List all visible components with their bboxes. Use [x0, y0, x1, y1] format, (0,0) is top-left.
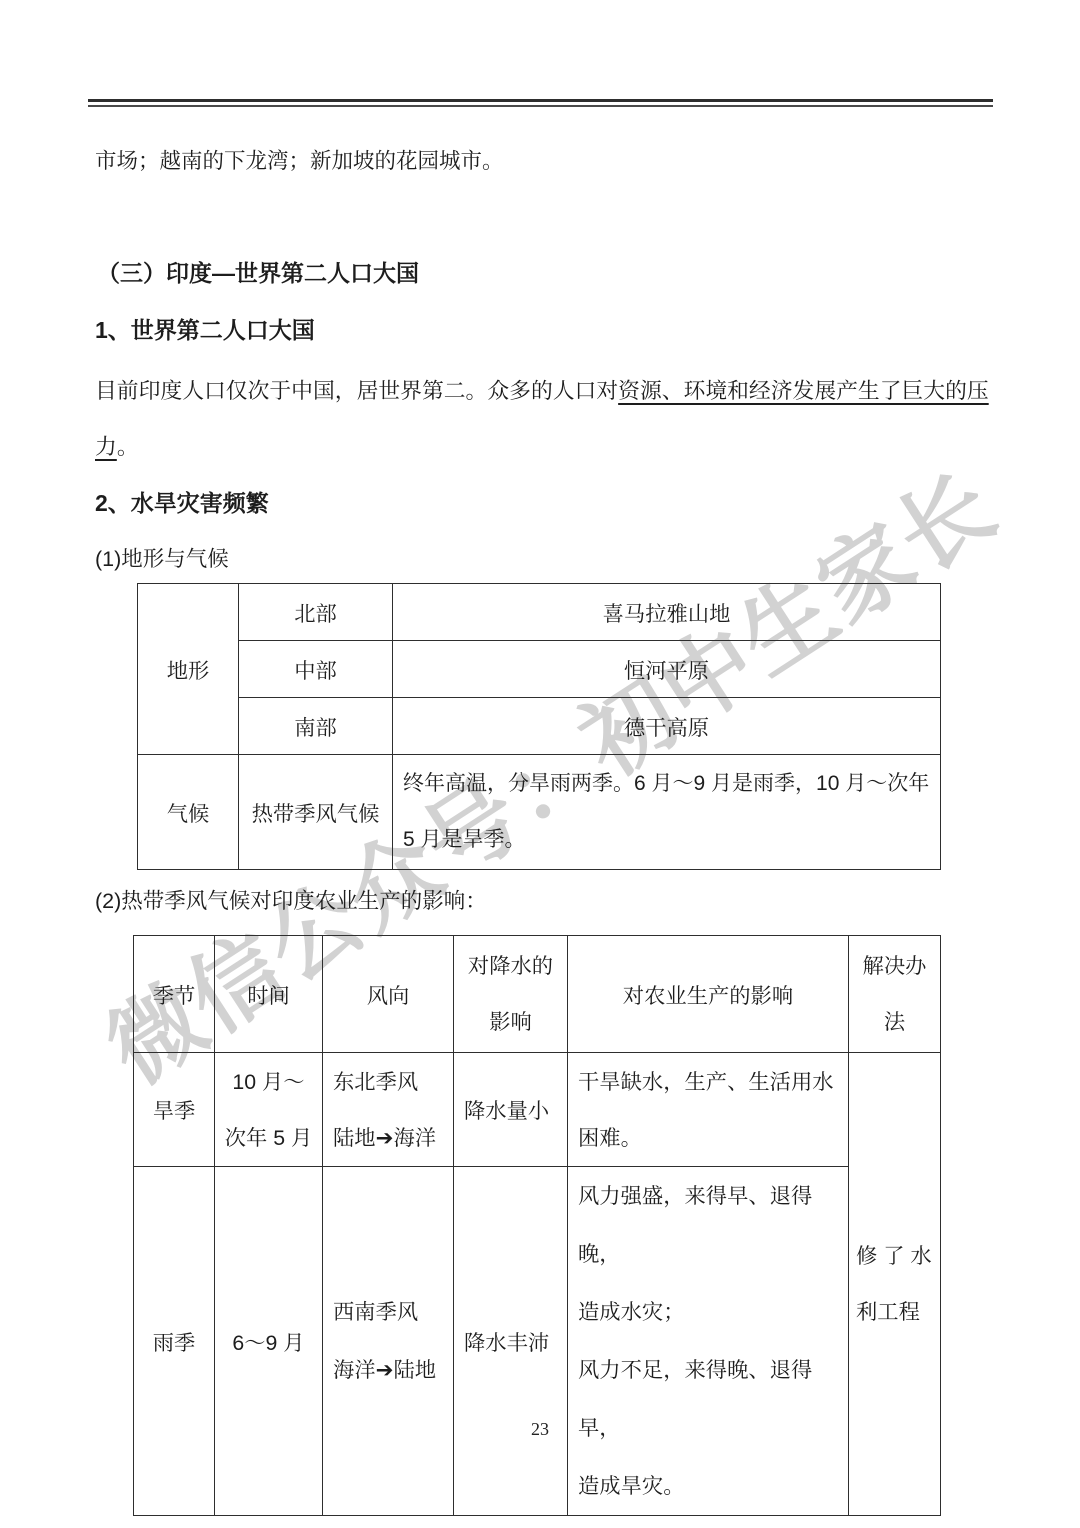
- dry-time-line1: 10 月～: [215, 1054, 322, 1110]
- wet-wind-line1: 西南季风: [333, 1283, 443, 1341]
- terrain-label-cell: 地形: [138, 584, 239, 755]
- header-wind-cell: 风向: [323, 936, 454, 1053]
- solution-cell: 修 了 水 利工程: [849, 1053, 941, 1516]
- landform-central-cell: 恒河平原: [393, 641, 941, 698]
- dry-precip-cell: 降水量小: [454, 1053, 568, 1167]
- dry-wind-line1: 东北季风: [333, 1054, 443, 1110]
- dry-wind-line2: 陆地➔海洋: [333, 1110, 443, 1166]
- wet-precip-cell: 降水丰沛: [454, 1167, 568, 1516]
- terrain-climate-table: 地形 北部 喜马拉雅山地 中部 恒河平原 南部 德干高原 气候 热带季风气候 终…: [137, 583, 941, 870]
- header-precip-line1: 对降水的: [454, 938, 567, 994]
- landform-north-cell: 喜马拉雅山地: [393, 584, 941, 641]
- climate-desc-cell: 终年高温，分旱雨两季。6 月～9 月是雨季，10 月～次年 5 月是旱季。: [393, 755, 941, 870]
- dry-time-line2: 次年 5 月: [215, 1110, 322, 1166]
- paragraph-text-underlined: 资源、环境和经济发展产生了巨大的压: [618, 378, 989, 403]
- dry-season-cell: 旱季: [134, 1053, 215, 1167]
- subheading-population: 1、世界第二人口大国: [95, 316, 315, 345]
- region-north-cell: 北部: [239, 584, 393, 641]
- wet-impact-line4: 造成旱灾。: [578, 1457, 838, 1515]
- region-central-cell: 中部: [239, 641, 393, 698]
- intro-paragraph: 市场；越南的下龙湾；新加坡的花园城市。: [95, 148, 504, 175]
- table-header-row: 季节 时间 风向 对降水的 影响 对农业生产的影响 解决办 法: [134, 936, 941, 1053]
- population-paragraph-line2: 力。: [95, 433, 139, 460]
- dry-impact-line2: 困难。: [578, 1110, 838, 1166]
- header-solution-cell: 解决办 法: [849, 936, 941, 1053]
- header-divider-rule: [88, 99, 993, 107]
- wet-season-row: 雨季 6～9 月 西南季风 海洋➔陆地 降水丰沛 风力强盛，来得早、退得晚， 造…: [134, 1167, 941, 1516]
- page-number: 23: [0, 1419, 1080, 1440]
- dry-impact-cell: 干旱缺水，生产、生活用水 困难。: [568, 1053, 849, 1167]
- dry-season-row: 旱季 10 月～ 次年 5 月 东北季风 陆地➔海洋 降水量小 干旱缺水，生产、…: [134, 1053, 941, 1167]
- landform-south-cell: 德干高原: [393, 698, 941, 755]
- region-south-cell: 南部: [239, 698, 393, 755]
- solution-line1: 修 了 水: [856, 1228, 933, 1284]
- climate-label-cell: 气候: [138, 755, 239, 870]
- subheading-disasters: 2、水旱灾害频繁: [95, 489, 269, 518]
- paragraph-text-normal: 目前印度人口仅次于中国，居世界第二。众多的人口对: [95, 378, 618, 403]
- header-season-cell: 季节: [134, 936, 215, 1053]
- table-row: 地形 北部 喜马拉雅山地: [138, 584, 941, 641]
- solution-line2: 利工程: [856, 1284, 933, 1340]
- table-row: 气候 热带季风气候 终年高温，分旱雨两季。6 月～9 月是雨季，10 月～次年 …: [138, 755, 941, 870]
- wet-season-cell: 雨季: [134, 1167, 215, 1516]
- header-precip-line2: 影响: [454, 994, 567, 1050]
- header-solution-line2: 法: [849, 994, 940, 1050]
- wet-time-cell: 6～9 月: [215, 1167, 323, 1516]
- header-impact-cell: 对农业生产的影响: [568, 936, 849, 1053]
- wet-impact-cell: 风力强盛，来得早、退得晚， 造成水灾； 风力不足，来得晚、退得早， 造成旱灾。: [568, 1167, 849, 1516]
- document-page: 微信公众号：初中生家长 市场；越南的下龙湾；新加坡的花园城市。 （三）印度—世界…: [0, 0, 1080, 1528]
- table1-caption: (1)地形与气候: [95, 546, 229, 573]
- dry-wind-cell: 东北季风 陆地➔海洋: [323, 1053, 454, 1167]
- page-content: 市场；越南的下龙湾；新加坡的花园城市。 （三）印度—世界第二人口大国 1、世界第…: [0, 0, 1080, 1528]
- wet-impact-line1: 风力强盛，来得早、退得晚，: [578, 1167, 838, 1283]
- population-paragraph-line1: 目前印度人口仅次于中国，居世界第二。众多的人口对资源、环境和经济发展产生了巨大的…: [95, 377, 989, 404]
- wet-wind-cell: 西南季风 海洋➔陆地: [323, 1167, 454, 1516]
- dry-impact-line1: 干旱缺水，生产、生活用水: [578, 1054, 838, 1110]
- wet-wind-line2: 海洋➔陆地: [333, 1341, 443, 1399]
- paragraph-period: 。: [117, 434, 139, 459]
- wet-impact-line2: 造成水灾；: [578, 1283, 838, 1341]
- header-time-cell: 时间: [215, 936, 323, 1053]
- dry-time-cell: 10 月～ 次年 5 月: [215, 1053, 323, 1167]
- table2-caption: (2)热带季风气候对印度农业生产的影响：: [95, 888, 487, 915]
- header-solution-line1: 解决办: [849, 938, 940, 994]
- climate-type-cell: 热带季风气候: [239, 755, 393, 870]
- paragraph-text-underlined-tail: 力: [95, 434, 117, 459]
- table-row: 南部 德干高原: [138, 698, 941, 755]
- section-heading: （三）印度—世界第二人口大国: [97, 259, 419, 288]
- header-precip-cell: 对降水的 影响: [454, 936, 568, 1053]
- table-row: 中部 恒河平原: [138, 641, 941, 698]
